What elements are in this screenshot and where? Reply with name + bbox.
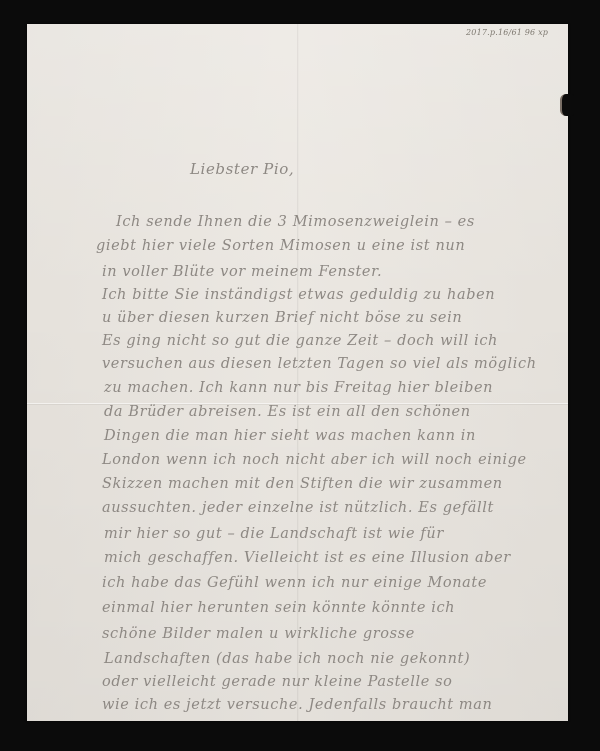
letter-line: aussuchten. jeder einzelne ist nützlich.… — [102, 500, 494, 516]
letter-line: Ich sende Ihnen die 3 Mimosenzweiglein –… — [116, 214, 475, 230]
letter-line: u über diesen kurzen Brief nicht böse zu… — [102, 310, 462, 326]
letter-line: giebt hier viele Sorten Mimosen u eine i… — [96, 238, 465, 254]
letter-line: mir hier so gut – die Landschaft ist wie… — [104, 526, 444, 542]
archive-number: 2017.p.16/61 96 xp — [466, 28, 548, 37]
letter-page — [27, 24, 568, 721]
letter-line: London wenn ich noch nicht aber ich will… — [102, 452, 527, 468]
letter-line: Dingen die man hier sieht was machen kan… — [104, 428, 476, 444]
letter-line: wie ich es jetzt versuche. Jedenfalls br… — [102, 697, 492, 713]
page-edge-tear-mark — [560, 94, 574, 116]
letter-line: Ich bitte Sie inständigst etwas geduldig… — [102, 287, 495, 303]
letter-line: oder vielleicht gerade nur kleine Pastel… — [102, 674, 452, 690]
letter-line: ich habe das Gefühl wenn ich nur einige … — [102, 575, 487, 591]
letter-line: mich geschaffen. Vielleicht ist es eine … — [104, 550, 511, 566]
letter-line: in voller Blüte vor meinem Fenster. — [102, 264, 382, 280]
salutation: Liebster Pio, — [190, 160, 294, 178]
letter-line: da Brüder abreisen. Es ist ein all den s… — [104, 404, 471, 420]
vertical-fold-line — [297, 24, 298, 721]
letter-line: einmal hier herunten sein könnte könnte … — [102, 600, 455, 616]
letter-line: Skizzen machen mit den Stiften die wir z… — [102, 476, 503, 492]
letter-line: zu machen. Ich kann nur bis Freitag hier… — [104, 380, 493, 396]
letter-line: versuchen aus diesen letzten Tagen so vi… — [102, 356, 537, 372]
letter-line: Landschaften (das habe ich noch nie geko… — [104, 651, 470, 667]
letter-line: schöne Bilder malen u wirkliche grosse — [102, 626, 415, 642]
letter-line: Es ging nicht so gut die ganze Zeit – do… — [102, 333, 498, 349]
